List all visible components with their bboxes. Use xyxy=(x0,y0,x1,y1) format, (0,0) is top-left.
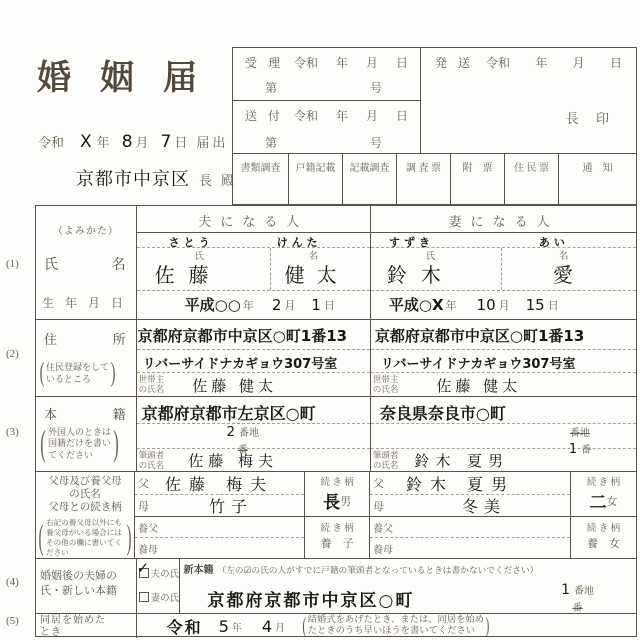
wife-column-header: 妻になる人 xyxy=(448,214,558,229)
wife-birth-era: 平成○X xyxy=(389,294,444,315)
forward-year-unit: 年 xyxy=(336,107,348,124)
husband-householder: 佐藤 健太 xyxy=(192,375,277,396)
cohabit-year-unit: 年 xyxy=(232,619,242,634)
father-label: 父 xyxy=(138,475,149,491)
householder-label-1: 世帯主 xyxy=(139,374,165,384)
forward-box: 送 付 令和 年 月 日 第 号 xyxy=(232,100,421,154)
new-name-row-labels: 婚姻後の夫婦の 氏・新しい本籍 xyxy=(36,559,136,613)
forward-no-prefix: 第 xyxy=(265,134,277,151)
forward-no-suffix: 号 xyxy=(370,134,382,151)
filing-month-value: 8 xyxy=(122,132,133,152)
stamps-row: 書類調査 戸籍記載 記載調査 調 査 票 附 票 住 民 票 通 知 xyxy=(232,153,637,205)
husband-family-name: 佐藤 xyxy=(155,259,223,288)
husband-name-cell: 夫になる人 さとう けんた 氏 名 佐藤 健太 平成○○ 年 2 月 1 日 xyxy=(136,206,370,319)
new-domicile-lot: 1 番地 番 xyxy=(561,582,594,616)
parents-label-3: 父母との続き柄 xyxy=(48,502,122,513)
accept-day-unit: 日 xyxy=(396,54,408,71)
accept-no-suffix: 号 xyxy=(370,79,382,96)
wife-family-name: 鈴木 xyxy=(387,259,455,288)
dispatch-label: 発 送 xyxy=(435,54,474,71)
husband-father-name: 佐藤 梅夫 xyxy=(165,472,274,495)
husband-birth-era: 平成○○ xyxy=(185,294,241,315)
husband-domicile-cell: 京都府京都市左京区○町 2 番地 番 筆頭者 の氏名 佐藤 梅夫 xyxy=(136,397,370,471)
husband-relation-hand: 長 xyxy=(323,493,340,513)
wife-relation-hand: 二 xyxy=(590,493,607,513)
addressee-line: 京都市中京区 長 殿 xyxy=(76,165,234,191)
name-row-labels: （よみかた） 氏 名 生 年 月 日 xyxy=(36,206,136,319)
name-row: （よみかた） 氏 名 生 年 月 日 夫になる人 さとう けんた 氏 名 佐藤 … xyxy=(36,206,636,319)
cohabit-label-1: 同居を始めた xyxy=(40,615,106,626)
wife-lot-number: 番地 1 番 xyxy=(569,424,591,458)
row-number-2: (2) xyxy=(6,348,19,360)
wife-domicile-cell: 奈良県奈良市○町 番地 1 番 筆頭者 の氏名 鈴木 夏男 xyxy=(370,397,636,471)
forward-label: 送 付 xyxy=(245,107,284,124)
mother-label: 母 xyxy=(373,498,384,514)
stamp-cell-koseki: 戸籍記載 xyxy=(288,154,342,204)
stamp-cell-juminhyo: 住 民 票 xyxy=(504,154,558,204)
domicile-note: ( 外国人のときは 国籍だけを書い てください ) xyxy=(38,427,121,461)
surname-choice-cell: 夫の氏 ✓ 妻の氏 xyxy=(136,559,179,613)
accept-no-prefix: 第 xyxy=(265,79,277,96)
new-domicile-label: 新本籍 xyxy=(184,561,214,576)
wife-surname-option: 妻の氏 xyxy=(139,590,180,604)
wife-birth-year-unit: 年 xyxy=(446,297,457,313)
stamp-cell-tsuchi: 通 知 xyxy=(558,154,636,204)
wife-registrant: 鈴木 夏男 xyxy=(414,450,509,471)
domicile-note-line1: 外国人のときは xyxy=(48,427,111,437)
marriage-registration-form: { "header": { "title": "婚姻届", "filing": … xyxy=(0,0,640,640)
wife-relation-print: 女 xyxy=(607,496,618,508)
row-number-5: (5) xyxy=(6,615,19,627)
wife-mother-name: 冬美 xyxy=(462,494,506,517)
filing-suffix: 届出 xyxy=(196,132,228,151)
registrant-label-1: 筆頭者 xyxy=(373,450,399,460)
parents-label-2: の氏名 xyxy=(69,489,101,500)
family-name-label: 氏 xyxy=(44,254,58,274)
parents-label-1: 父母及び養父母 xyxy=(48,476,122,487)
wife-birth-month-unit: 月 xyxy=(499,297,510,313)
cohabit-note-line1: 結婚式をあげたとき、または、同居を始め xyxy=(308,615,484,625)
cohabit-value-cell: 令和 5 年 4 月 ( 結婚式をあげたとき、または、同居を始め たときのうち早… xyxy=(136,614,636,638)
adoptive-mother-label: 養母 xyxy=(138,541,158,556)
new-domicile-note: （左の☑の氏の人がすでに戸籍の筆頭者となっているときは書かないでください） xyxy=(218,564,539,576)
wife-householder: 佐藤 健太 xyxy=(436,375,521,396)
dispatch-era: 令和 xyxy=(486,54,510,71)
new-domicile-lot-unit-struck: 番 xyxy=(573,603,583,614)
stamp-cell-chosahyo: 調 査 票 xyxy=(396,154,450,204)
addressee-office: 京都市中京区 xyxy=(76,165,190,191)
stamp-label: 調 査 票 xyxy=(406,163,441,174)
domicile-label-2: 籍 xyxy=(113,404,126,423)
wife-domicile: 奈良県奈良市○町 xyxy=(380,404,506,423)
address-label-1: 住 xyxy=(44,329,57,348)
husband-mother-name: 竹子 xyxy=(209,494,253,517)
new-name-label-1: 婚姻後の夫婦の xyxy=(40,570,117,582)
stamp-label: 住 民 票 xyxy=(514,163,549,174)
forward-era: 令和 xyxy=(294,107,318,124)
wife-building: リバーサイドナカギョウ307号室 xyxy=(381,357,576,372)
dispatch-month-unit: 月 xyxy=(573,54,585,71)
wife-adoptive-relation: 養 女 xyxy=(587,538,620,550)
husband-domicile: 京都府京都市左京区○町 xyxy=(142,404,316,423)
husband-lot-unit-struck: 番 xyxy=(238,445,248,456)
wife-lot-unit: 番 xyxy=(581,445,591,456)
domicile-note-line3: てください xyxy=(48,450,93,460)
domicile-row-labels: 本 籍 ( 外国人のときは 国籍だけを書い てください ) xyxy=(36,397,136,471)
address-row: 住 所 ( 住民登録をして いるところ ) 京都府京都市中京区○町1番13 リバ… xyxy=(36,319,636,396)
cohabit-row-labels: 同居を始めた とき xyxy=(36,614,136,638)
address-note-line1: 住民登録をして xyxy=(46,362,109,372)
householder-label-1: 世帯主 xyxy=(373,374,399,384)
husband-parents-cell: 父 佐藤 梅夫 母 竹子 続 き 柄 長男 養父 xyxy=(134,472,369,558)
husband-column-header: 夫になる人 xyxy=(198,214,308,229)
husband-lot-value: 2 xyxy=(227,425,235,440)
registrant-label-2: の氏名 xyxy=(139,460,165,470)
husband-address: 京都府京都市中京区○町1番13 xyxy=(138,327,347,345)
adoptive-father-label: 養父 xyxy=(138,520,158,535)
accept-label: 受 理 xyxy=(245,54,284,71)
wife-parents-cell: 父 鈴木 夏男 母 冬美 続 き 柄 二女 養父 xyxy=(369,472,636,558)
domicile-note-line2: 国籍だけを書い xyxy=(48,438,111,448)
stamp-label: 記載調査 xyxy=(350,163,390,174)
forward-month-unit: 月 xyxy=(366,107,378,124)
wife-birth-month: 10 xyxy=(477,296,496,314)
cohabit-year: 5 xyxy=(219,617,229,636)
mother-label: 母 xyxy=(138,498,149,514)
parents-note: ( 右記の養父母以外にも 養父母がいる場合には その他の欄に書いてください ) xyxy=(36,518,134,557)
parents-row-labels: 父母及び養父母 の氏名 父母との続き柄 ( 右記の養父母以外にも 養父母がいる場… xyxy=(36,472,134,558)
stamp-cell-shorui: 書類調査 xyxy=(233,154,288,204)
filing-date: 令和 X 年 8 月 7 日 届出 xyxy=(38,132,228,152)
domicile-label-1: 本 xyxy=(44,404,57,423)
birth-date-label: 生 年 月 日 xyxy=(42,294,127,311)
filing-day-value: 7 xyxy=(161,132,172,152)
husband-address-cell: 京都府京都市中京区○町1番13 リバーサイドナカギョウ307号室 世帯主 の氏名… xyxy=(136,320,370,396)
relation-label: 続 き 柄 xyxy=(305,517,369,534)
husband-birth-month-unit: 月 xyxy=(284,297,295,313)
adoptive-father-label: 養父 xyxy=(373,520,393,535)
husband-given-name: 健太 xyxy=(285,259,349,288)
wife-address-cell: 京都府京都市中京区○町1番13 リバーサイドナカギョウ307号室 世帯主 の氏名… xyxy=(370,320,636,396)
husband-birth-day: 1 xyxy=(311,296,321,314)
dispatch-box: 発 送 令和 年 月 日 長 印 xyxy=(420,47,637,154)
cohabit-note: ( 結婚式をあげたとき、または、同居を始め たときのうち早いほうを書いてください… xyxy=(301,615,491,638)
address-label-2: 所 xyxy=(113,329,126,348)
filing-day-unit: 日 xyxy=(174,132,187,151)
page-title: 婚姻届 xyxy=(37,50,226,99)
new-domicile-cell: 新本籍 （左の☑の氏の人がすでに戸籍の筆頭者となっているときは書かないでください… xyxy=(179,559,636,613)
wife-father-name: 鈴木 夏男 xyxy=(406,472,515,495)
chief-seal-label: 長 印 xyxy=(566,108,616,127)
new-name-label-2: 氏・新しい本籍 xyxy=(40,585,117,597)
new-name-row: 婚姻後の夫婦の 氏・新しい本籍 夫の氏 ✓ 妻の氏 新本籍 （左の☑の氏の人がす… xyxy=(36,558,636,613)
cohabit-note-line2: たときのうち早いほうを書いてください xyxy=(308,626,475,636)
dispatch-year-unit: 年 xyxy=(535,54,547,71)
address-row-labels: 住 所 ( 住民登録をして いるところ ) xyxy=(36,320,136,396)
address-note: ( 住民登録をして いるところ ) xyxy=(38,360,117,387)
domicile-row: 本 籍 ( 外国人のときは 国籍だけを書い てください ) 京都府京都市左京区○… xyxy=(36,396,636,471)
stamp-cell-kisai: 記載調査 xyxy=(342,154,396,204)
row-number-1: (1) xyxy=(6,258,19,270)
main-form-table: （よみかた） 氏 名 生 年 月 日 夫になる人 さとう けんた 氏 名 佐藤 … xyxy=(35,205,637,637)
wife-given-name: 愛 xyxy=(553,259,573,288)
husband-building: リバーサイドナカギョウ307号室 xyxy=(143,357,338,372)
filing-month-unit: 月 xyxy=(136,132,149,151)
dispatch-day-unit: 日 xyxy=(610,54,622,71)
cohabit-label-2: とき xyxy=(40,627,62,638)
parents-note-line3: その他の欄に書いてください xyxy=(46,538,122,557)
householder-label-2: の氏名 xyxy=(139,384,165,394)
filing-year-unit: 年 xyxy=(97,132,110,151)
cohabit-month-unit: 月 xyxy=(275,619,285,634)
relation-label: 続 き 柄 xyxy=(305,472,369,488)
husband-surname-checkmark: ✓ xyxy=(137,559,150,577)
accept-box: 受 理 令和 年 月 日 第 号 xyxy=(232,47,421,101)
householder-label-2: の氏名 xyxy=(373,384,399,394)
husband-lot-unit: 番地 xyxy=(239,428,259,439)
husband-relation-print: 男 xyxy=(340,496,351,508)
husband-surname-option-label: 夫の氏 xyxy=(151,566,180,580)
wife-lot-value: 1 xyxy=(569,442,577,457)
wife-surname-checkbox xyxy=(139,592,149,602)
new-domicile-lot-number: 1 xyxy=(561,582,570,598)
new-domicile-lot-unit: 番地 xyxy=(574,586,594,597)
relation-label: 続 き 柄 xyxy=(571,517,636,534)
wife-name-cell: 妻になる人 すずき あい 氏 名 鈴木 愛 平成○X 年 10 月 15 日 xyxy=(370,206,636,319)
husband-birth-year-unit: 年 xyxy=(243,297,254,313)
stamp-cell-fuhyo: 附 票 xyxy=(450,154,504,204)
accept-month-unit: 月 xyxy=(366,54,378,71)
adoptive-mother-label: 養母 xyxy=(373,541,393,556)
stamp-label: 附 票 xyxy=(463,163,493,174)
parents-row: 父母及び養父母 の氏名 父母との続き柄 ( 右記の養父母以外にも 養父母がいる場… xyxy=(36,471,636,558)
filing-era-label: 令和 xyxy=(38,132,64,151)
new-domicile-address: 京都府京都市中京区○町 xyxy=(208,586,415,611)
stamp-label: 戸籍記載 xyxy=(296,163,336,174)
husband-lot-number: 2 番地 番 xyxy=(227,424,259,458)
registrant-label-2: の氏名 xyxy=(373,460,399,470)
row-number-3: (3) xyxy=(6,426,19,438)
wife-surname-option-label: 妻の氏 xyxy=(151,590,180,604)
parents-note-line1: 右記の養父母以外にも xyxy=(46,518,122,527)
relation-label: 続 き 柄 xyxy=(571,472,636,488)
given-name-label: 名 xyxy=(112,254,126,274)
yomikata-label: （よみかた） xyxy=(36,222,136,237)
husband-birth-month: 2 xyxy=(272,296,282,314)
address-note-line2: いるところ xyxy=(46,374,91,384)
stamp-label: 書類調査 xyxy=(241,163,281,174)
father-label: 父 xyxy=(373,475,384,491)
cohabit-era: 令和 xyxy=(167,615,203,638)
accept-era: 令和 xyxy=(294,54,318,71)
stamp-label: 通 知 xyxy=(583,163,613,174)
accept-year-unit: 年 xyxy=(336,54,348,71)
husband-birth-day-unit: 日 xyxy=(324,297,335,313)
cohabit-month: 4 xyxy=(262,617,272,636)
wife-birth-day-unit: 日 xyxy=(548,297,559,313)
husband-adoptive-relation: 養 子 xyxy=(321,538,354,550)
parents-note-line2: 養父母がいる場合には xyxy=(46,528,122,537)
addressee-chief: 長 xyxy=(199,170,212,189)
forward-day-unit: 日 xyxy=(396,107,408,124)
wife-birth-day: 15 xyxy=(526,296,545,314)
wife-lot-unit-struck: 番地 xyxy=(570,428,590,439)
wife-address: 京都府京都市中京区○町1番13 xyxy=(375,327,584,345)
cohabit-row: 同居を始めた とき 令和 5 年 4 月 ( 結婚式をあげたとき、または、同居を… xyxy=(36,613,636,638)
registrant-label-1: 筆頭者 xyxy=(139,450,165,460)
row-number-4: (4) xyxy=(6,576,19,588)
filing-year-value: X xyxy=(80,132,92,152)
